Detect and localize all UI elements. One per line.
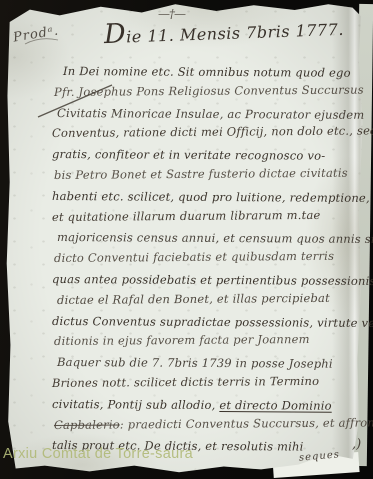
manuscript-lines: In Dei nomine etc. Sit omnibus notum quo… xyxy=(52,64,360,459)
manuscript-line: Briones nott. scilicet dictis terris in … xyxy=(52,374,360,397)
manuscript-text: gratis, confiteor et in veritate recogno… xyxy=(52,147,325,163)
manuscript-line: Pfr. Josephus Pons Religiosus Conventus … xyxy=(54,82,360,105)
archive-watermark: Arxiu Comtat de Torre-saura xyxy=(3,446,193,462)
manuscript-text: Capbalerio xyxy=(54,417,120,432)
manuscript-text: majoricensis census annui, et censuum qu… xyxy=(57,230,373,246)
manuscript-text: Pfr. Josephus Pons Religiosus Conventus … xyxy=(54,82,364,98)
manuscript-line: Conventus, ratione dicti mei Officij, no… xyxy=(52,124,360,147)
manuscript-line: bis Petro Bonet et Sastre fusterio dicta… xyxy=(54,166,360,189)
manuscript-line: dicto Conventui faciebatis et quibusdam … xyxy=(54,249,360,272)
manuscript-text: quas antea possidebatis et pertinentibus… xyxy=(52,272,373,288)
manuscript-text: ditionis in ejus favorem facta per Joann… xyxy=(54,332,310,348)
manuscript-text: : praedicti Conventus Succursus, et affr… xyxy=(120,415,373,431)
end-flourish: ,) xyxy=(352,437,361,452)
manuscript-text: In Dei nomine etc. Sit omnibus notum quo… xyxy=(63,64,351,80)
manuscript-line: et quitatione illarum duarum librarum m.… xyxy=(52,207,360,230)
manuscript-text: dictus Conventus supradictae possessioni… xyxy=(52,314,373,330)
manuscript-text: habenti etc. scilicet, quod pro luitione… xyxy=(52,189,370,205)
manuscript-text: Conventus, ratione dicti mei Officij, no… xyxy=(52,124,373,141)
manuscript-line: Capbalerio: praedicti Conventus Succursu… xyxy=(54,415,360,438)
manuscript-text: Briones nott. scilicet dictis terris in … xyxy=(52,374,319,390)
manuscript-photo: Prodᵃ. —†— Die 11. Mensis 7bris 1777. In… xyxy=(0,0,373,479)
manuscript-text: dictae el Rafal den Bonet, et illas perc… xyxy=(57,291,330,307)
manuscript-text: bis Petro Bonet et Sastre fusterio dicta… xyxy=(54,166,348,182)
manuscript-text: dicto Conventui faciebatis et quibusdam … xyxy=(54,249,334,265)
manuscript-text: et directo Dominio xyxy=(219,398,331,413)
manuscript-line: dictae el Rafal den Bonet, et illas perc… xyxy=(57,290,360,313)
manuscript-text: et quitatione illarum duarum librarum m.… xyxy=(52,207,321,223)
cross-mark: —†— xyxy=(158,7,185,21)
manuscript-text: civitatis, Pontij sub allodio, xyxy=(52,397,219,412)
manuscript-text: Civitatis Minoricae Insulae, ac Procurat… xyxy=(57,106,364,122)
manuscript-line: ditionis in ejus favorem facta per Joann… xyxy=(54,332,360,355)
manuscript-text: Baquer sub die 7. 7bris 1739 in posse Jo… xyxy=(57,355,333,371)
